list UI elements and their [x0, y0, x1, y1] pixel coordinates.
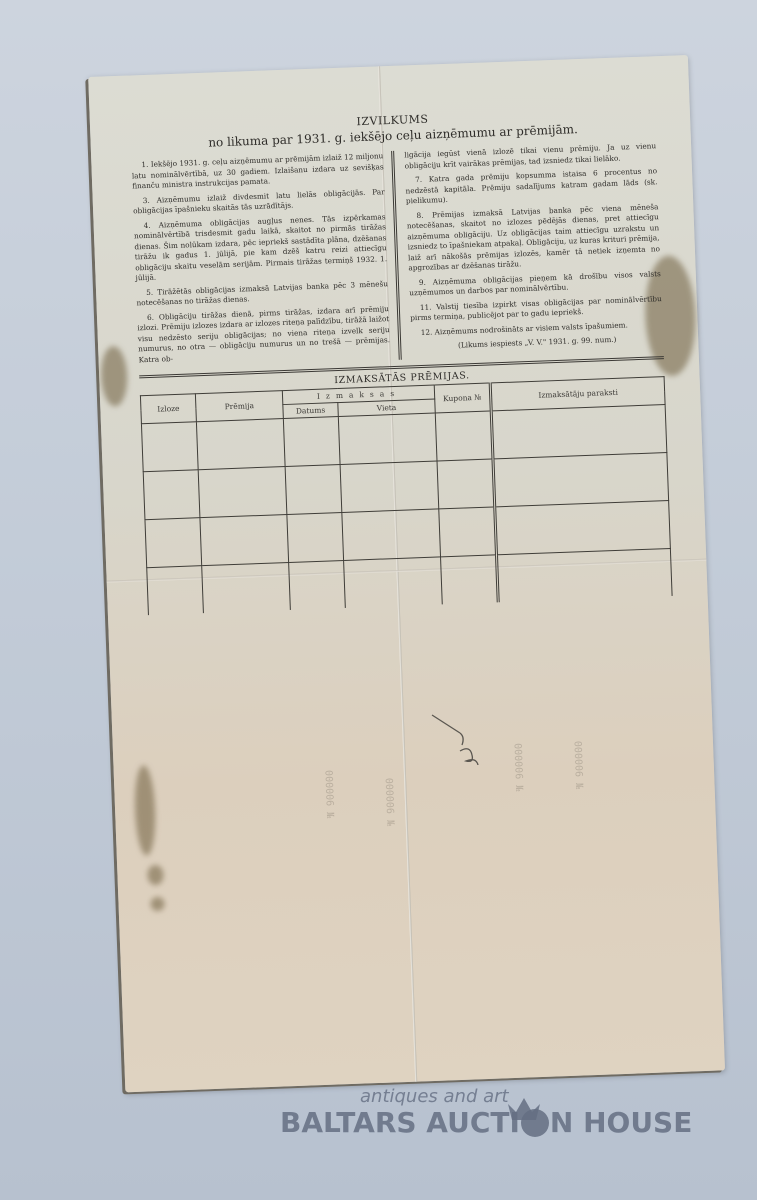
paragraph-1: 1. Iekšējo 1931. g. ceļu aizņēmumu ar pr… — [131, 151, 384, 192]
cell-prize — [202, 562, 291, 613]
cell-prize — [200, 515, 289, 566]
cell-coupon — [437, 459, 495, 509]
prize-payout-table: Izloze Prēmija Izmaksas Kupona № Izmaksā… — [140, 376, 673, 615]
right-column: ligācija iegūst vienā izlozē tikai vienu… — [391, 141, 663, 360]
cell-signature — [493, 453, 669, 507]
cell-signature — [491, 405, 667, 459]
watermark-brand-left: BALTARS AUCTI — [280, 1106, 520, 1139]
stain — [100, 346, 128, 407]
handwritten-mark — [430, 705, 480, 765]
watermark-brand: BALTARS AUCTIN HOUSE — [280, 1106, 692, 1139]
paragraph-8: 8. Prēmijas izmaksā Latvijas banka pēc v… — [406, 202, 660, 274]
cell-date — [289, 560, 346, 609]
header-draw: Izloze — [140, 394, 196, 424]
stain — [150, 897, 165, 912]
cell-prize — [196, 419, 285, 470]
watermark-tagline: antiques and art — [360, 1086, 509, 1107]
cell-date — [285, 465, 342, 515]
watermark-brand-right: N HOUSE — [550, 1106, 692, 1139]
auction-house-watermark: antiques and art BALTARS AUCTIN HOUSE — [0, 1086, 757, 1166]
header-prize: Prēmija — [195, 391, 283, 422]
cell-coupon — [439, 507, 497, 557]
paragraph-7: 7. Katra gada prēmiju kopsumma istaisa 6… — [405, 166, 658, 207]
cell-signature — [495, 501, 671, 555]
law-excerpt-columns: 1. Iekšējo 1931. g. ceļu aizņēmumu ar pr… — [131, 141, 663, 369]
stain — [147, 865, 164, 886]
cell-place — [342, 509, 441, 561]
cell-draw — [145, 518, 202, 568]
cell-place — [338, 413, 437, 465]
cell-date — [287, 512, 344, 562]
globe-icon — [521, 1109, 549, 1137]
cell-coupon — [435, 411, 493, 461]
stain — [133, 765, 156, 856]
cell-coupon — [441, 555, 499, 605]
bleed-through-print: 000006 № — [383, 778, 396, 827]
cell-signature — [496, 548, 672, 602]
cell-draw — [141, 422, 198, 472]
cell-draw — [143, 470, 200, 520]
header-coupon: Kupona № — [434, 383, 491, 413]
cell-date — [283, 417, 340, 467]
cell-prize — [198, 467, 287, 518]
bleed-through-print: 000006 № — [571, 741, 584, 790]
document-body: IZVILKUMS no likuma par 1931. g. iekšējo… — [130, 104, 673, 615]
cell-draw — [147, 566, 204, 615]
left-column: 1. Iekšējo 1931. g. ceļu aizņēmumu ar pr… — [131, 151, 398, 369]
paragraph-4: 4. Aizņēmuma obligācijas augļus nenes. T… — [134, 212, 388, 284]
bond-document-back: IZVILKUMS no likuma par 1931. g. iekšējo… — [88, 55, 725, 1092]
cell-place — [340, 461, 439, 513]
bleed-through-print: 000006 № — [511, 743, 524, 792]
cell-place — [344, 557, 443, 608]
paragraph-6: 6. Obligāciju tirāžas dienā, pirms tirāž… — [137, 304, 391, 366]
bleed-through-print: 000006 № — [322, 770, 335, 819]
